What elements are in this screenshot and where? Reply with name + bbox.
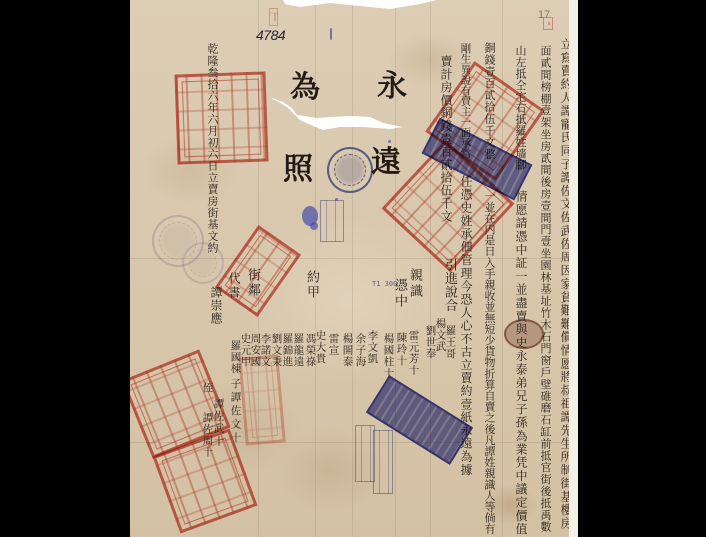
tear-top-edge [283,0,437,9]
scan-margin [569,0,578,537]
tear-middle [270,97,403,130]
deed-document: 4784 17 T1 300. 永 遠 為 照 立寫賣約人譚寵氏同子譚佐文佐武佐… [130,0,569,537]
paper-tears [130,0,569,537]
